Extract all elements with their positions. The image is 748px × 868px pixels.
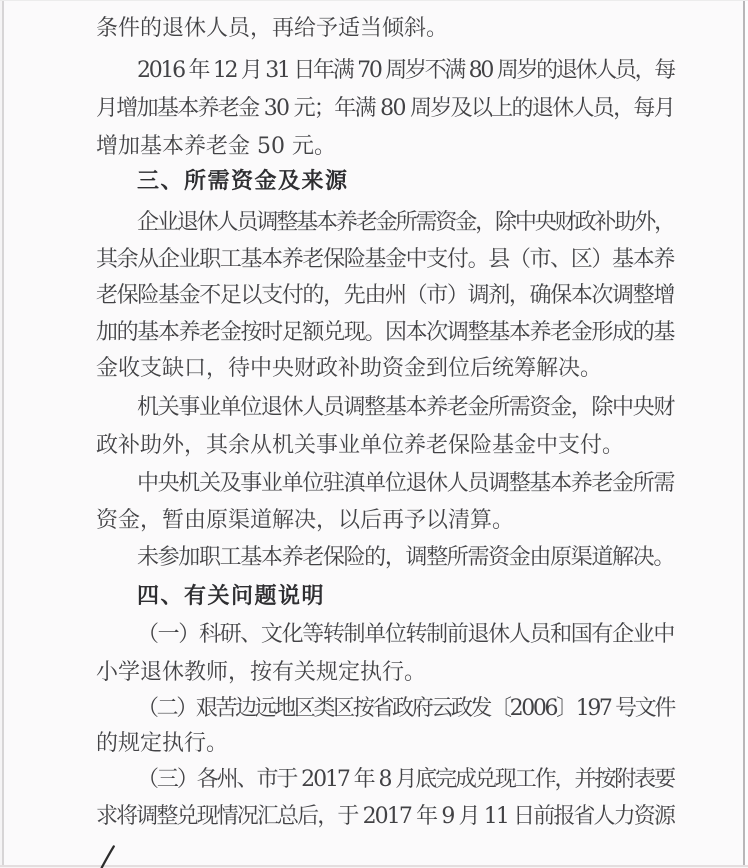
scan-left-edge-line — [2, 0, 4, 868]
text-line: （三）各州、市于 2017 年 8 月底完成兑现工作，并按附表要 — [137, 767, 674, 793]
text-line: 企业退休人员调整基本养老金所需资金，除中央财政补助外， — [137, 210, 674, 236]
partial-page-number-mark — [99, 845, 117, 868]
text-line: 的规定执行。 — [96, 731, 228, 757]
text-line: 其余从企业职工基本养老保险基金中支付。县（市、区）基本养 — [96, 247, 674, 273]
scan-top-edge-line — [0, 0, 748, 1]
text-line: 增加基本养老金 50 元。 — [96, 134, 336, 160]
text-line: 小学退休教师，按有关规定执行。 — [96, 660, 426, 686]
text-line: 政补助外，其余从机关事业单位养老保险基金中支付。 — [96, 433, 624, 459]
document-page: 条件的退休人员，再给予适当倾斜。2016 年 12 月 31 日年满 70 周岁… — [0, 0, 748, 868]
section-heading: 四、有关问题说明 — [137, 584, 325, 610]
text-line: 月增加基本养老金 30 元；年满 80 周岁及以上的退休人员，每月 — [96, 96, 674, 122]
text-line: 金收支缺口，待中央财政补助资金到位后统筹解决。 — [96, 356, 602, 382]
text-line: 中央机关及事业单位驻滇单位退休人员调整基本养老金所需 — [137, 471, 674, 497]
text-line: 求将调整兑现情况汇总后，于 2017 年 9 月 11 日前报省人力资源 — [96, 804, 674, 830]
text-line: （二）艰苦边远地区类区按省政府云政发〔2006〕197 号文件 — [137, 696, 674, 722]
text-line: 加的基本养老金按时足额兑现。因本次调整基本养老金形成的基 — [96, 320, 674, 346]
text-line: （一）科研、文化等转制单位转制前退休人员和国有企业中 — [137, 622, 674, 648]
text-line: 老保险基金不足以支付的，先由州（市）调剂，确保本次调整增 — [96, 283, 674, 309]
text-line: 资金，暂由原渠道解决，以后再予以清算。 — [96, 508, 514, 534]
text-line: 2016 年 12 月 31 日年满 70 周岁不满 80 周岁的退休人员，每 — [137, 58, 674, 84]
text-line: 未参加职工基本养老保险的，调整所需资金由原渠道解决。 — [137, 545, 674, 571]
section-heading: 三、所需资金及来源 — [137, 169, 349, 195]
text-line: 机关事业单位退休人员调整基本养老金所需资金，除中央财 — [137, 395, 674, 421]
text-line: 条件的退休人员，再给予适当倾斜。 — [96, 16, 448, 42]
